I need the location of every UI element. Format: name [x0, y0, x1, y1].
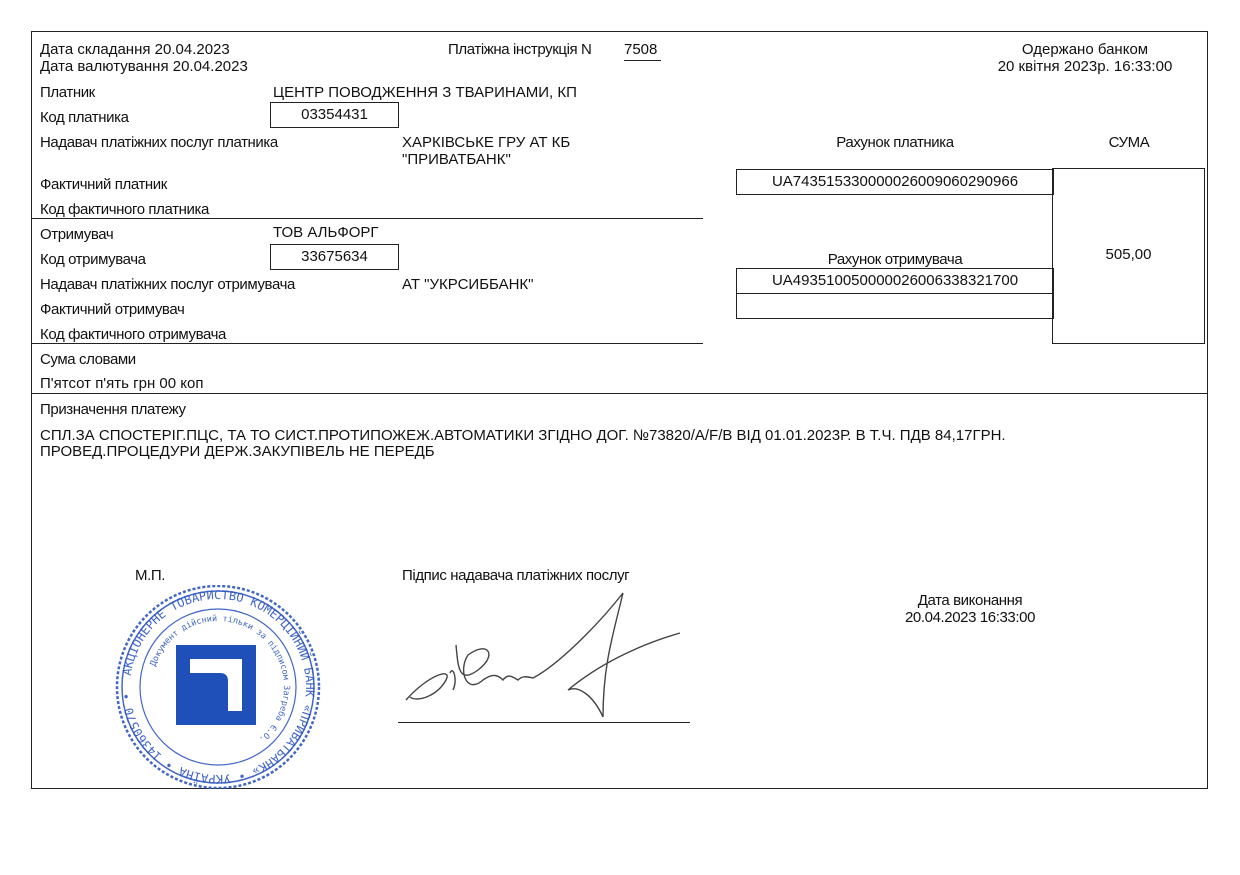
- actual-payer-label: Фактичний платник: [40, 177, 167, 193]
- received-datetime: 20 квітня 2023р. 16:33:00: [970, 59, 1200, 75]
- recipient-account-extra: [736, 293, 1054, 319]
- amount-words-label: Сума словами: [40, 352, 136, 368]
- amount-words: П'ятсот п'ять грн 00 коп: [40, 376, 203, 392]
- payer-provider-line2: "ПРИВАТБАНК": [402, 152, 511, 168]
- signature-label: Підпис надавача платіжних послуг: [402, 568, 629, 584]
- amount-box: 505,00: [1052, 168, 1205, 344]
- amount-label: СУМА: [1053, 135, 1205, 151]
- divider: [31, 218, 703, 219]
- date-compiled: Дата складання 20.04.2023: [40, 42, 230, 58]
- payer-code: 03354431: [270, 102, 399, 128]
- payer-account-label: Рахунок платника: [737, 135, 1053, 151]
- actual-recipient-label: Фактичний отримувач: [40, 302, 184, 318]
- date-value: Дата валютування 20.04.2023: [40, 59, 248, 75]
- recipient-account-label: Рахунок отримувача: [737, 252, 1053, 268]
- instruction-label: Платіжна інструкція N: [448, 42, 591, 58]
- recipient-label: Отримувач: [40, 227, 113, 243]
- stamp-label: М.П.: [135, 568, 165, 584]
- payer-name: ЦЕНТР ПОВОДЖЕННЯ З ТВАРИНАМИ, КП: [273, 85, 577, 101]
- actual-payer-code-label: Код фактичного платника: [40, 202, 209, 218]
- payer-label: Платник: [40, 85, 95, 101]
- instruction-number: 7508: [624, 42, 661, 61]
- recipient-provider: АТ "УКРСИББАНК": [402, 277, 533, 293]
- amount-value: 505,00: [1053, 243, 1204, 267]
- payer-account: UA743515330000026009060290966: [736, 169, 1054, 195]
- signature-line: [398, 722, 690, 723]
- purpose-line1: СПЛ.ЗА СПОСТЕРІГ.ПЦС, ТА ТО СИСТ.ПРОТИПО…: [40, 427, 1006, 444]
- recipient-account: UA493510050000026006338321700: [736, 268, 1054, 294]
- purpose-label: Призначення платежу: [40, 402, 186, 418]
- recipient-name: ТОВ АЛЬФОРГ: [273, 225, 379, 241]
- payer-provider-label: Надавач платіжних послуг платника: [40, 135, 278, 151]
- received-label: Одержано банком: [970, 42, 1200, 58]
- payer-provider-line1: ХАРКІВСЬКЕ ГРУ АТ КБ: [402, 135, 570, 151]
- execution-datetime: 20.04.2023 16:33:00: [860, 610, 1080, 626]
- execution-label: Дата виконання: [860, 593, 1080, 609]
- recipient-provider-label: Надавач платіжних послуг отримувача: [40, 277, 295, 293]
- signature-icon: [398, 585, 698, 725]
- payer-code-label: Код платника: [40, 110, 129, 126]
- recipient-code-label: Код отримувача: [40, 252, 146, 268]
- purpose-line2: ПРОВЕД.ПРОЦЕДУРИ ДЕРЖ.ЗАКУПІВЕЛЬ НЕ ПЕРЕ…: [40, 443, 435, 460]
- bank-stamp-icon: АКЦІОНЕРНЕ ТОВАРИСТВО КОМЕРЦІЙНИЙ БАНК «…: [114, 585, 322, 789]
- recipient-code: 33675634: [270, 244, 399, 270]
- divider: [31, 393, 1208, 394]
- actual-recipient-code-label: Код фактичного отримувача: [40, 327, 226, 343]
- divider: [31, 343, 703, 344]
